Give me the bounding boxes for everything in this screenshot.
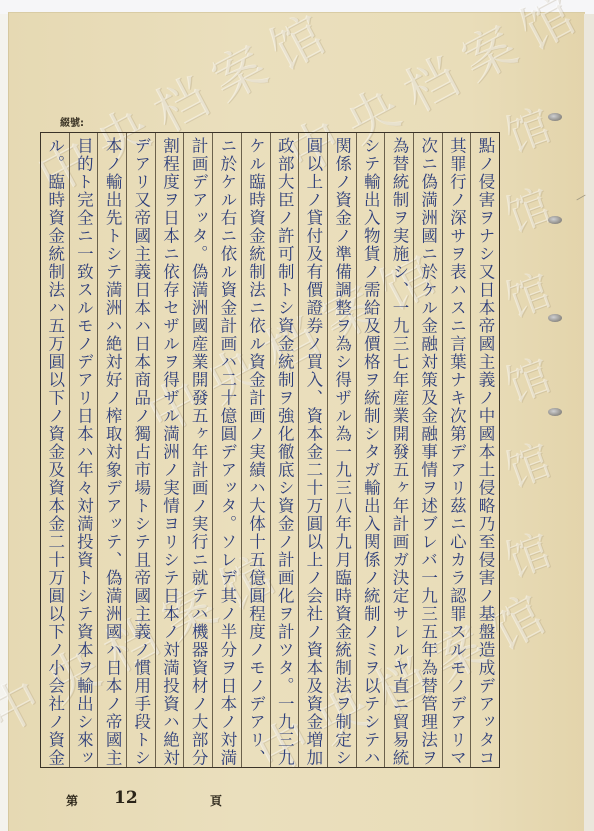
text-column: 其罪行ノ深サヲ表ハスニ言葉ナキ次第デアリ茲ニ心カラ認罪スルモノデアリマス。 — [442, 133, 471, 767]
scan-right-margin — [584, 14, 594, 831]
binding-hole — [548, 113, 562, 121]
text-column: 本ノ輸出先トシテ満洲ハ絶対好ノ榨取対象デアッテ、偽満洲國ハ日本ノ帝國主義的 — [97, 133, 126, 767]
binding-hole — [548, 314, 562, 322]
text-column: ケル臨時資金統制法ニ依ル資金計画ノ実績ハ大体十五億圓程度ノモノデアリ、一九四〇年 — [241, 133, 270, 767]
page-prefix: 第 — [66, 794, 78, 808]
text-column: 目的ト完全ニ一致スルモノデアリ日本ハ年々対満投資トシテ資本ヲ輸出シ來ッタノデア — [69, 133, 98, 767]
page-suffix: 頁 — [210, 792, 222, 809]
text-column: シテ輸出入物貨ノ需給及價格ヲ統制シタガ輸出入関係ノ統制ノミヲ以テシテハ五ヶ年計画 — [356, 133, 385, 767]
text-column: 関係ノ資金ノ準備調整ヲ為シ得ザル為一九三八年九月臨時資金統制法ヲ制定シ五万 — [327, 133, 356, 767]
file-number-label: 綴號: — [60, 114, 84, 129]
text-column: 割程度ヲ日本ニ依存セザルヲ得ザル満洲ノ実情ヨリシテ日本ノ対満投資ハ絶対ニ必要 — [155, 133, 184, 767]
text-column: 計画デアッタ。偽満洲國産業開發五ヶ年計画ノ実行ニ就テハ機器資材ノ大部分乃至七 — [183, 133, 212, 767]
binding-hole — [548, 408, 562, 416]
page-number: 12 — [114, 788, 138, 808]
text-column: ニ於ケル右ニ依ル資金計画ハ二十億圓デアッタ。ソレデ其ノ半分ヲ日本ノ対満投資ニ依ル — [212, 133, 241, 767]
text-column: 為替統制ヲ実施シ、一九三七年産業開發五ヶ年計画ガ決定サレルヤ直ニ貿易統制法ヲ公布 — [384, 133, 413, 767]
manuscript-grid: 點ノ侵害ヲナシ又日本帝國主義ノ中國本土侵略乃至侵害ノ基盤造成デアッタコトヲ思フ時… — [40, 132, 500, 768]
text-column: 政部大臣ノ許可制トシ資金統制ヲ強化徹底シ資金ノ計画化ヲ計ツタ。一九三九年度ニ於 — [270, 133, 299, 767]
text-column: ル。臨時資金統制法ハ五万圓以下ノ資金及資本金二十万圓以下ノ小会社ノ資金関 — [41, 133, 69, 767]
binding-hole — [548, 216, 562, 224]
text-column: 點ノ侵害ヲナシ又日本帝國主義ノ中國本土侵略乃至侵害ノ基盤造成デアッタコトヲ思フ時 — [470, 133, 499, 767]
page-footer: 第 12 頁 — [66, 792, 78, 809]
text-column: 次ニ偽満洲國ニ於ケル金融対策及金融事情ヲ述ブレバ一九三五年為替管理法ヲ制定シ — [413, 133, 442, 767]
text-column: 圓以上ノ貸付及有價證券ノ買入、資本金二十万圓以上ノ会社ノ資本及資金増加等ヲ財 — [298, 133, 327, 767]
text-column: デアリ又帝國主義日本ハ日本商品ノ獨占市場トシテ且帝國主義ノ慣用手段トシテノ資 — [126, 133, 155, 767]
